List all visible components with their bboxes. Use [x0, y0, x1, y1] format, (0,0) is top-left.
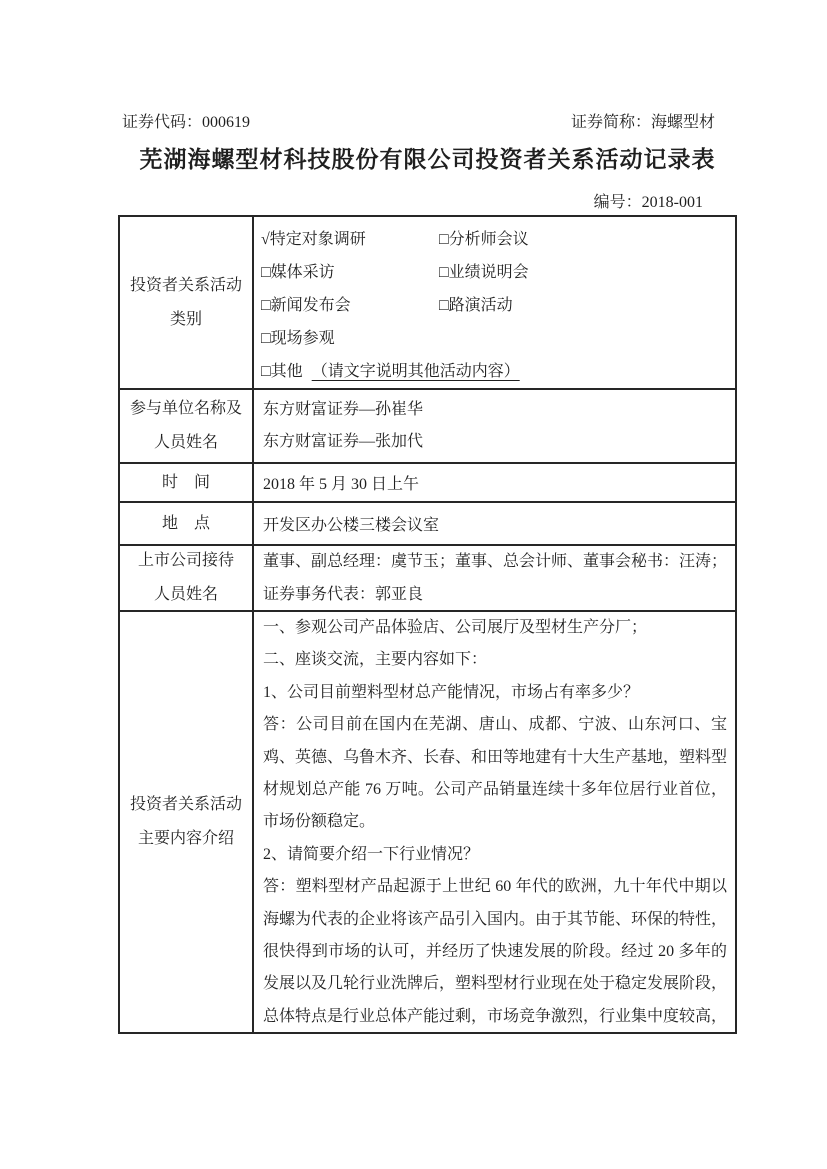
- other-note-underline: （请文字说明其他活动内容）: [312, 355, 520, 388]
- record-table: 投资者关系活动 类别 √ 特定对象调研 □ 分析师会议 □ 媒体采访: [118, 215, 737, 1034]
- content-paragraph: 2、请简要介绍一下行业情况？: [263, 839, 727, 871]
- place-label: 地 点: [120, 503, 254, 544]
- checkbox-option: □ 业绩说明会: [439, 256, 529, 289]
- content-paragraph: 答：塑料型材产品起源于上世纪 60 年代的欧洲，九十年代中期以海螺为代表的企业将…: [263, 871, 727, 1033]
- securities-header-line: 证券代码：000619 证券简称：海螺型材: [122, 112, 715, 134]
- participants-label: 参与单位名称及 人员姓名: [120, 390, 254, 462]
- checkbox-icon: □: [261, 256, 271, 289]
- place-value: 开发区办公楼三楼会议室: [254, 503, 735, 544]
- checkbox-option-label: 路演活动: [449, 289, 513, 322]
- row-main-content: 投资者关系活动 主要内容介绍 一、参观公司产品体验店、公司展厅及型材生产分厂； …: [120, 612, 735, 1032]
- row-activity-type: 投资者关系活动 类别 √ 特定对象调研 □ 分析师会议 □ 媒体采访: [120, 217, 735, 390]
- participants-value: 东方财富证券—孙崔华 东方财富证券—张加代: [254, 390, 735, 462]
- checkbox-option: □ 其他: [261, 355, 303, 388]
- checkmark-icon: √: [261, 223, 270, 256]
- participants-label-line1: 参与单位名称及: [130, 392, 242, 426]
- checkbox-line: □ 现场参观: [261, 322, 735, 355]
- checkbox-icon: □: [439, 289, 449, 322]
- checkbox-option-label: 媒体采访: [271, 256, 335, 289]
- participants-label-line2: 人员姓名: [154, 426, 218, 460]
- row-place: 地 点 开发区办公楼三楼会议室: [120, 503, 735, 546]
- row-time: 时 间 2018 年 5 月 30 日上午: [120, 464, 735, 503]
- time-label: 时 间: [120, 464, 254, 501]
- checkbox-line: □ 媒体采访 □ 业绩说明会: [261, 256, 735, 289]
- reception-line: 董事、副总经理：虞节玉；董事、总会计师、董事会秘书：汪涛；: [263, 545, 729, 578]
- checkbox-option-label: 其他: [271, 355, 303, 388]
- main-content-label: 投资者关系活动 主要内容介绍: [120, 612, 254, 1032]
- checkbox-icon: □: [261, 289, 271, 322]
- checkbox-option: □ 现场参观: [261, 322, 439, 355]
- checkbox-option: □ 分析师会议: [439, 223, 529, 256]
- main-content-body: 一、参观公司产品体验店、公司展厅及型材生产分厂； 二、座谈交流，主要内容如下： …: [254, 612, 735, 1032]
- checkbox-option-label: 现场参观: [271, 322, 335, 355]
- checkbox-icon: □: [439, 223, 449, 256]
- activity-type-options: √ 特定对象调研 □ 分析师会议 □ 媒体采访 □ 业绩说明会: [254, 217, 735, 388]
- checkbox-option-label: 特定对象调研: [270, 223, 366, 256]
- time-value: 2018 年 5 月 30 日上午: [254, 464, 735, 501]
- checkbox-option-label: 分析师会议: [449, 223, 529, 256]
- checkbox-option: □ 媒体采访: [261, 256, 439, 289]
- reception-line: 证券事务代表：郭亚良: [263, 578, 729, 611]
- reception-label-line2: 人员姓名: [154, 578, 218, 612]
- stock-code-text: 证券代码：000619: [122, 112, 250, 134]
- content-paragraph: 答：公司目前在国内在芜湖、唐山、成都、宁波、山东河口、宝鸡、英德、乌鲁木齐、长春…: [263, 709, 727, 839]
- stock-short-name-text: 证券简称：海螺型材: [571, 112, 715, 134]
- doc-number: 编号：2018-001: [594, 192, 703, 214]
- checkbox-line: □ 新闻发布会 □ 路演活动: [261, 289, 735, 322]
- main-content-label-line2: 主要内容介绍: [138, 822, 234, 856]
- reception-value: 董事、副总经理：虞节玉；董事、总会计师、董事会秘书：汪涛； 证券事务代表：郭亚良: [254, 546, 735, 610]
- checkbox-line: □ 其他 （请文字说明其他活动内容）: [261, 355, 735, 388]
- reception-label-line1: 上市公司接待: [138, 544, 234, 578]
- row-reception: 上市公司接待 人员姓名 董事、副总经理：虞节玉；董事、总会计师、董事会秘书：汪涛…: [120, 546, 735, 612]
- checkbox-option-label: 业绩说明会: [449, 256, 529, 289]
- checkbox-option: □ 新闻发布会: [261, 289, 439, 322]
- participant-line: 东方财富证券—孙崔华: [263, 394, 735, 426]
- participant-line: 东方财富证券—张加代: [263, 426, 735, 458]
- checkbox-icon: □: [261, 322, 271, 355]
- page-title: 芜湖海螺型材科技股份有限公司投资者关系活动记录表: [118, 144, 737, 176]
- row-participants: 参与单位名称及 人员姓名 东方财富证券—孙崔华 东方财富证券—张加代: [120, 390, 735, 464]
- content-paragraph: 一、参观公司产品体验店、公司展厅及型材生产分厂；: [263, 612, 727, 644]
- checkbox-option: √ 特定对象调研: [261, 223, 439, 256]
- main-content-label-line1: 投资者关系活动: [130, 788, 242, 822]
- checkbox-line: √ 特定对象调研 □ 分析师会议: [261, 223, 735, 256]
- checkbox-option: □ 路演活动: [439, 289, 513, 322]
- reception-label: 上市公司接待 人员姓名: [120, 546, 254, 610]
- checkbox-icon: □: [261, 355, 271, 388]
- activity-type-label-line2: 类别: [170, 303, 202, 337]
- activity-type-label-line1: 投资者关系活动: [130, 269, 242, 303]
- checkbox-option-label: 新闻发布会: [271, 289, 351, 322]
- activity-type-label: 投资者关系活动 类别: [120, 217, 254, 388]
- content-paragraph: 1、公司目前塑料型材总产能情况，市场占有率多少？: [263, 677, 727, 709]
- content-paragraph: 二、座谈交流，主要内容如下：: [263, 644, 727, 676]
- checkbox-icon: □: [439, 256, 449, 289]
